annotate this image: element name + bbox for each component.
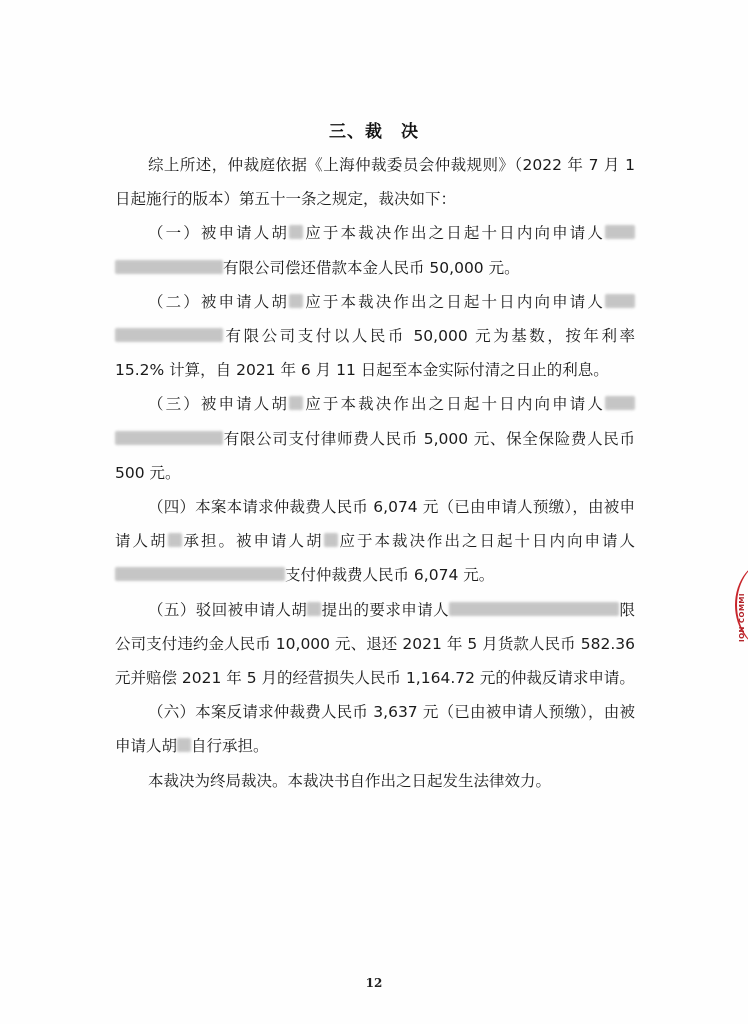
redacted-claimant-name	[605, 294, 635, 308]
redacted-respondent-name	[307, 602, 321, 616]
closing-paragraph: 本裁决为终局裁决。本裁决书自作出之日起发生法律效力。	[115, 764, 635, 798]
redacted-respondent-name	[177, 738, 191, 752]
intro-paragraph: 综上所述，仲裁庭依据《上海仲裁委员会仲裁规则》（2022 年 7 月 1 日起施…	[115, 148, 635, 216]
redacted-respondent-name	[289, 294, 303, 308]
item-text: 应于本裁决作出之日起十日内向申请人	[303, 224, 605, 242]
redacted-respondent-name	[324, 533, 338, 547]
closing-text: 本裁决为终局裁决。本裁决书自作出之日起发生法律效力。	[148, 772, 551, 790]
award-item-2: （二）被申请人胡应于本裁决作出之日起十日内向申请人有限公司支付以人民币 50,0…	[115, 285, 635, 388]
redacted-claimant-name	[605, 225, 635, 239]
item-text: 自行承担。	[191, 737, 269, 755]
document-page: 三、裁 决 综上所述，仲裁庭依据《上海仲裁委员会仲裁规则》（2022 年 7 月…	[0, 0, 748, 1024]
award-body: 综上所述，仲裁庭依据《上海仲裁委员会仲裁规则》（2022 年 7 月 1 日起施…	[115, 148, 635, 798]
award-item-5: （五）驳回被申请人胡提出的要求申请人限公司支付违约金人民币 10,000 元、退…	[115, 593, 635, 696]
award-item-6: （六）本案反请求仲裁费人民币 3,637 元（已由被申请人预缴），由被申请人胡自…	[115, 695, 635, 763]
item-text: （五）驳回被申请人胡	[148, 601, 307, 619]
item-text: （三）被申请人胡	[148, 395, 289, 413]
seal-text: ION COMMI	[738, 572, 748, 642]
redacted-claimant-name	[605, 396, 635, 410]
redacted-respondent-name	[289, 225, 303, 239]
redacted-respondent-name	[289, 396, 303, 410]
award-item-3: （三）被申请人胡应于本裁决作出之日起十日内向申请人有限公司支付律师费人民币 5,…	[115, 387, 635, 490]
redacted-claimant-name	[115, 260, 223, 274]
item-text: （二）被申请人胡	[148, 293, 289, 311]
item-text: （一）被申请人胡	[148, 224, 289, 242]
item-text: 承担。被申请人胡	[182, 532, 324, 550]
item-text: 有限公司偿还借款本金人民币 50,000 元。	[223, 259, 520, 277]
redacted-claimant-name	[115, 328, 223, 342]
item-text: 应于本裁决作出之日起十日内向申请人	[338, 532, 635, 550]
award-item-4: （四）本案本请求仲裁费人民币 6,074 元（已由申请人预缴），由被申请人胡承担…	[115, 490, 635, 593]
page-number: 12	[0, 976, 748, 990]
intro-text: 综上所述，仲裁庭依据《上海仲裁委员会仲裁规则》（2022 年 7 月 1 日起施…	[115, 156, 635, 208]
item-text: 提出的要求申请人	[321, 601, 449, 619]
redacted-claimant-name	[115, 431, 223, 445]
section-title: 三、裁 决	[0, 117, 748, 142]
redacted-claimant-name	[115, 567, 285, 581]
redacted-respondent-name	[168, 533, 182, 547]
item-text: 应于本裁决作出之日起十日内向申请人	[303, 293, 605, 311]
redacted-claimant-name	[449, 602, 619, 616]
award-item-1: （一）被申请人胡应于本裁决作出之日起十日内向申请人有限公司偿还借款本金人民币 5…	[115, 216, 635, 284]
item-text: 应于本裁决作出之日起十日内向申请人	[303, 395, 605, 413]
item-text: 支付仲裁费人民币 6,074 元。	[285, 566, 494, 584]
